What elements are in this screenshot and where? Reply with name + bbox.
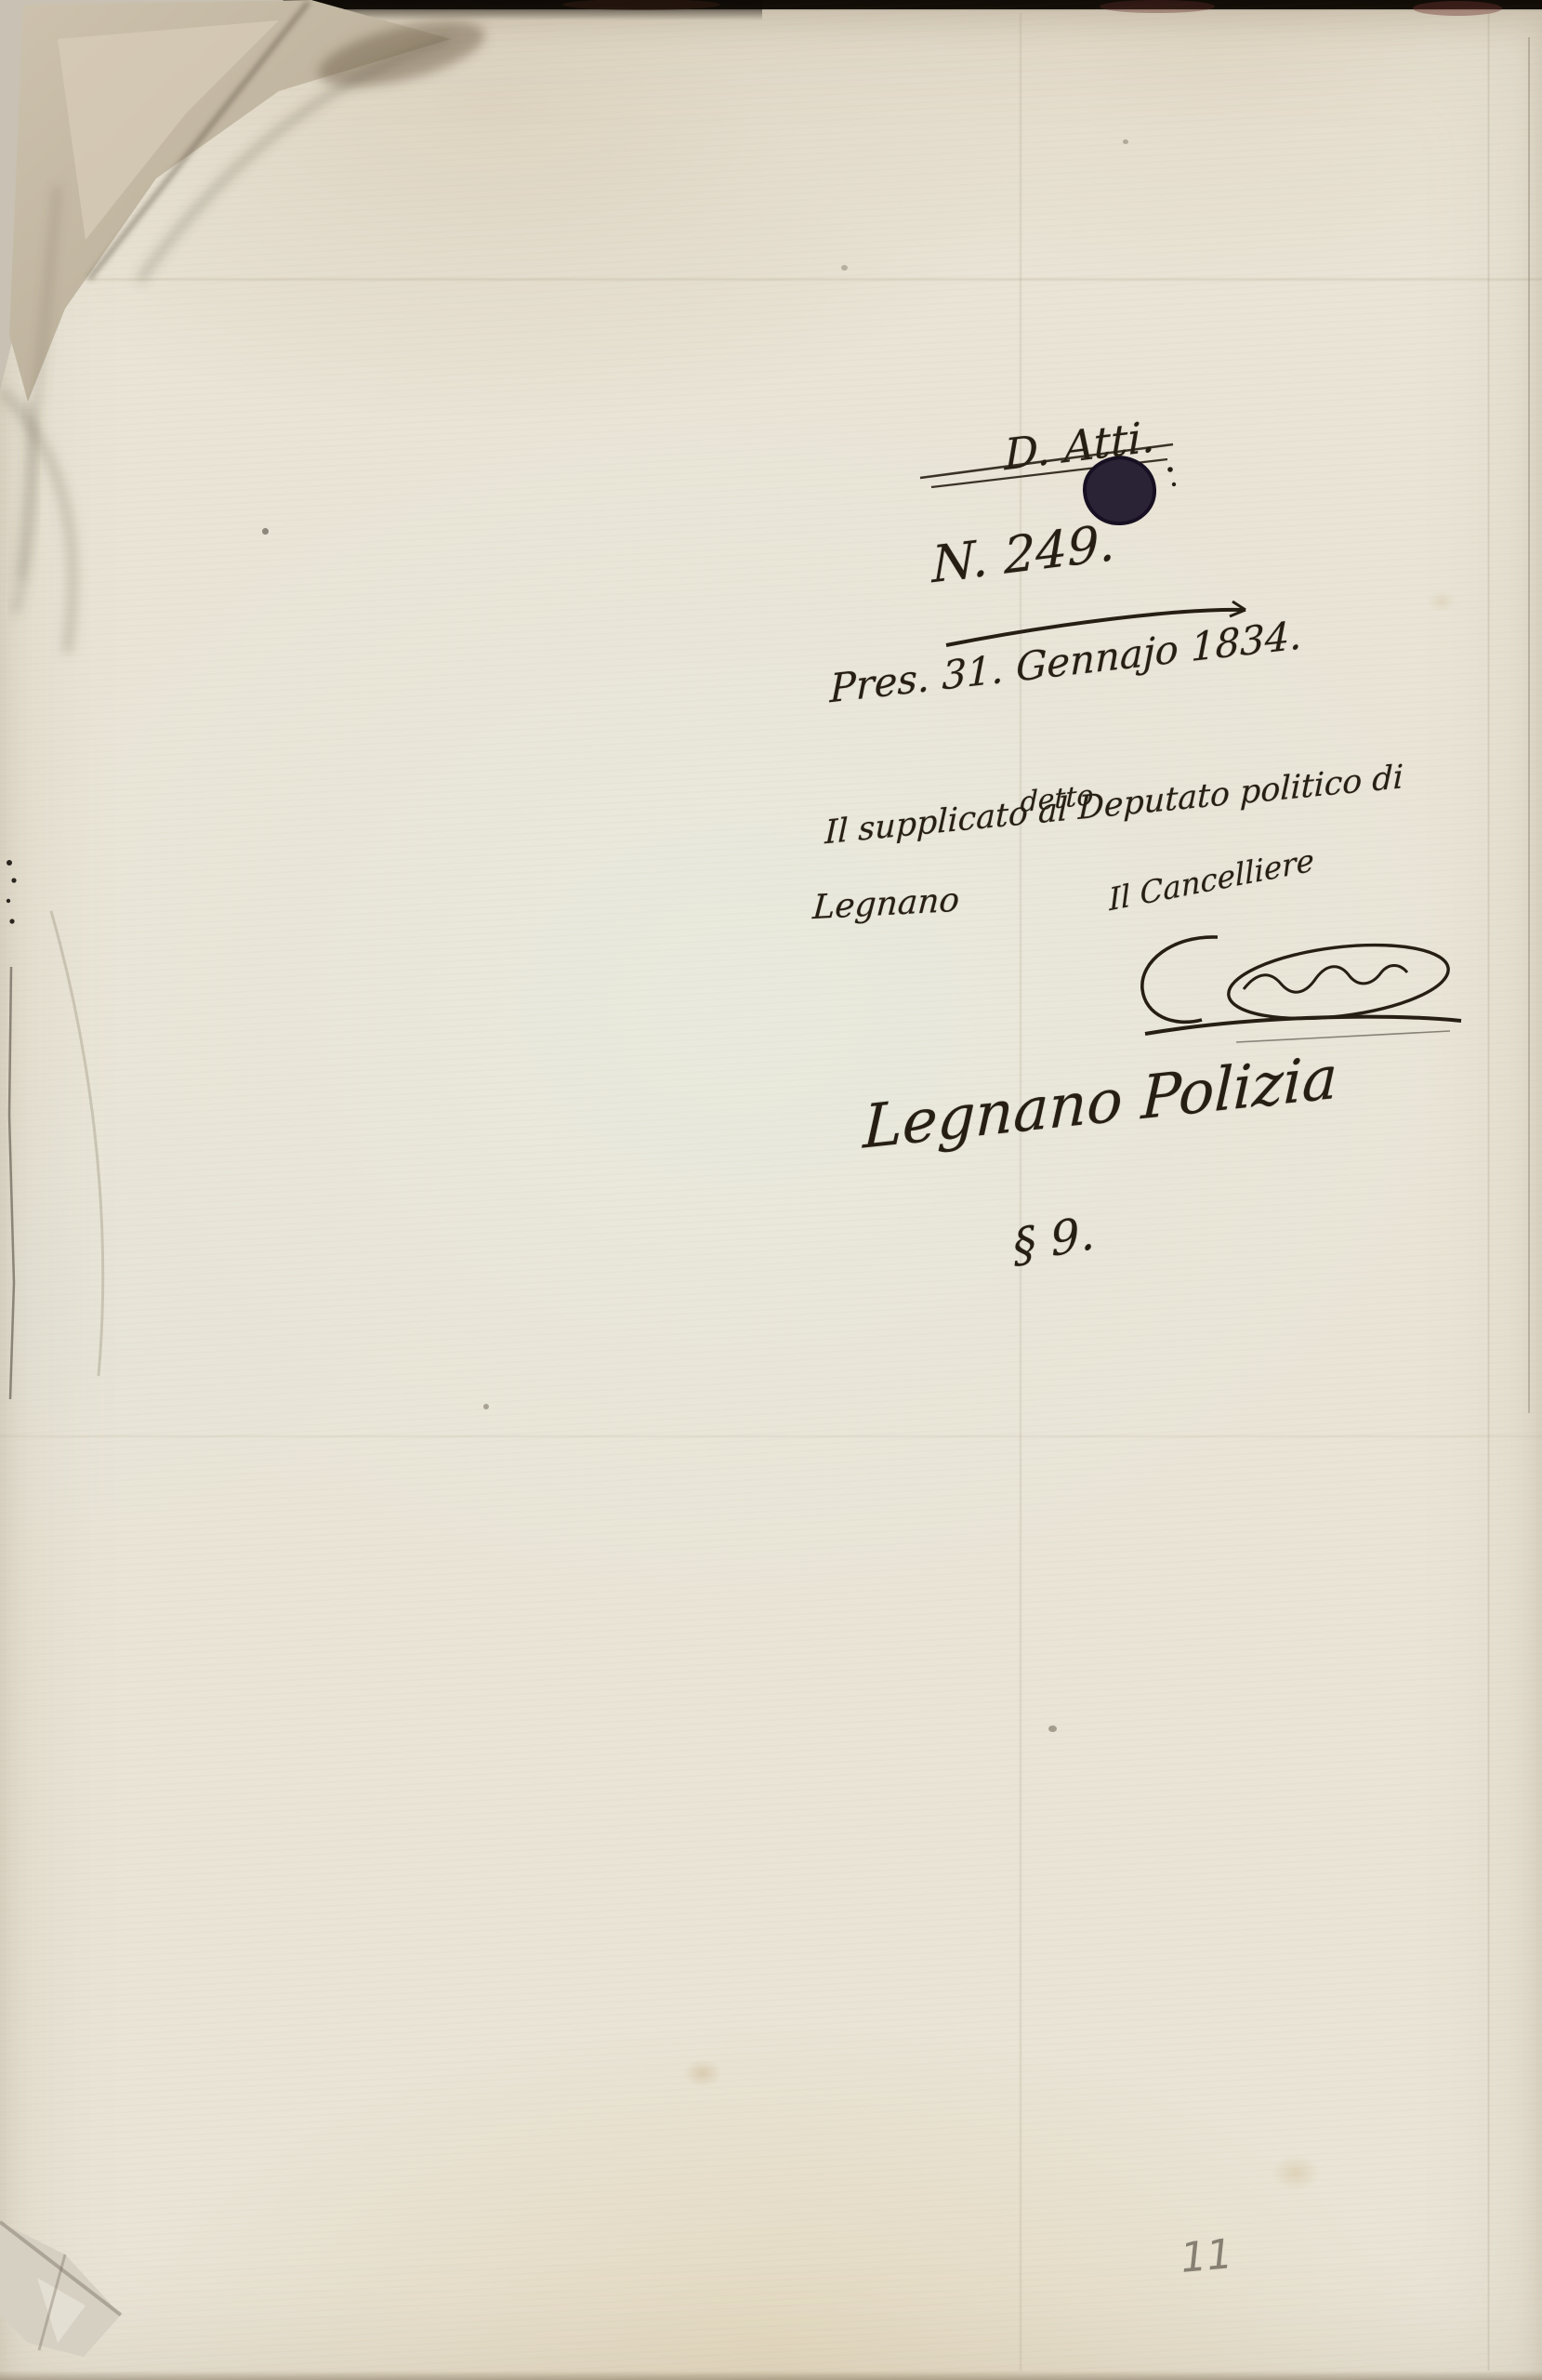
ink-speck xyxy=(11,878,16,882)
pencil-folio-number: 11 xyxy=(1179,2230,1234,2282)
ink-speck xyxy=(9,919,14,923)
ink-dot xyxy=(1172,483,1176,486)
left-edge-line xyxy=(9,967,14,1399)
edge-smudge xyxy=(1100,0,1215,13)
paraph-loop xyxy=(1142,937,1218,1022)
paraph-oval xyxy=(1224,934,1452,1029)
paraph-scribble xyxy=(1244,966,1407,993)
referral-place: Legnano xyxy=(811,881,960,927)
ink-marks-overlay xyxy=(0,0,1542,2380)
edge-smudge xyxy=(562,0,720,10)
signature-underline-thin xyxy=(1236,1031,1450,1042)
ink-dot xyxy=(1167,467,1173,472)
left-crease-curve xyxy=(51,911,103,1376)
signature-underline xyxy=(1145,1017,1461,1034)
ink-speck xyxy=(7,860,12,866)
ink-speck xyxy=(7,899,10,903)
edge-smudge xyxy=(1413,1,1502,16)
scanned-document-photo: D. Atti. N. 249. Pres. 31. Gennajo 1834.… xyxy=(0,0,1542,2380)
